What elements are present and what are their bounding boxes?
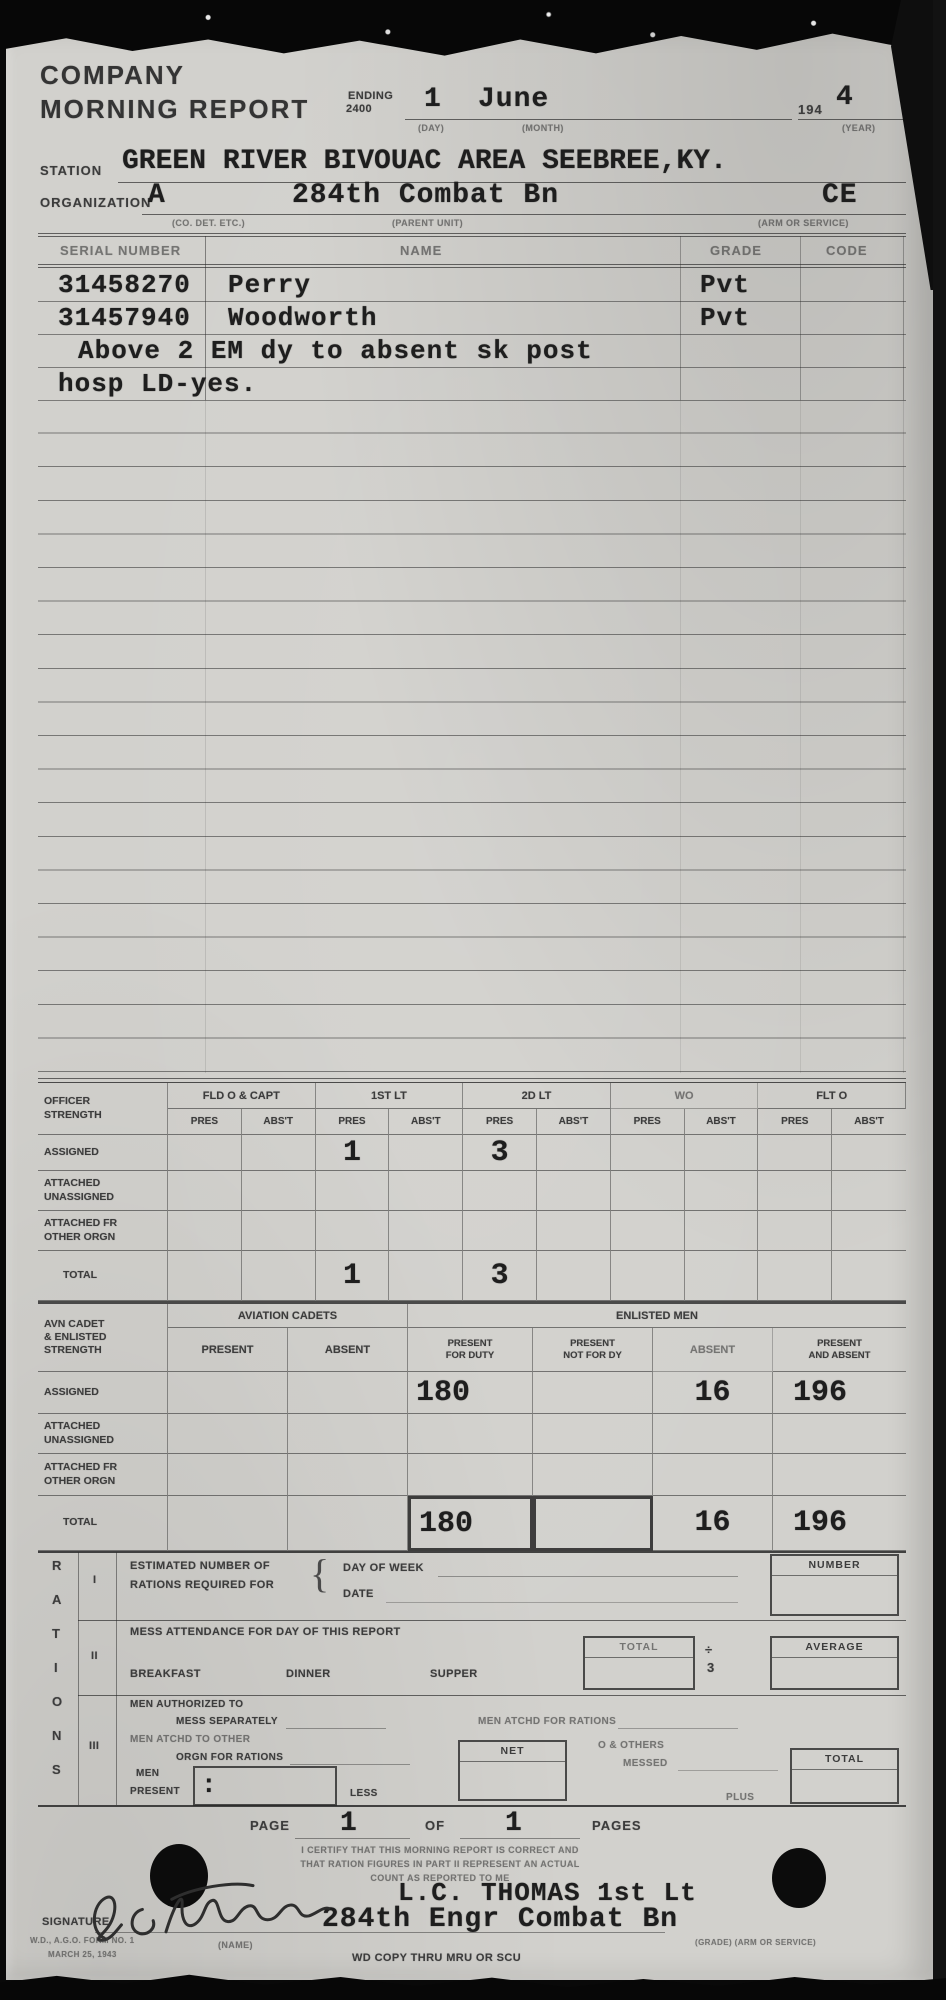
pages-value: 1 bbox=[505, 1808, 523, 1839]
officer-group-header: 1ST LT bbox=[316, 1083, 464, 1109]
officer-cell bbox=[242, 1251, 316, 1301]
total-box-label: TOTAL bbox=[585, 1641, 693, 1653]
officer-total-1lt-pres: 1 bbox=[316, 1251, 390, 1301]
officer-cell bbox=[685, 1171, 759, 1211]
org-company-sublabel: (CO. DET. ETC.) bbox=[172, 218, 245, 228]
average-box: AVERAGE bbox=[770, 1636, 899, 1690]
net-box-label: NET bbox=[460, 1745, 565, 1757]
enlisted-cell bbox=[168, 1372, 288, 1414]
officer-row-label: ASSIGNED bbox=[38, 1135, 168, 1171]
supper-label: SUPPER bbox=[430, 1668, 478, 1680]
scan-artifact-right-edge bbox=[933, 0, 946, 2000]
pres-header: PRES bbox=[611, 1109, 685, 1135]
rations-part1-label1: ESTIMATED NUMBER OF bbox=[130, 1560, 270, 1572]
blank-roster-rows bbox=[38, 400, 906, 1073]
rule bbox=[38, 1078, 906, 1079]
officer-cell bbox=[758, 1211, 832, 1251]
rations-letter: A bbox=[52, 1592, 62, 1607]
grade-arm-sublabel: (GRADE) (ARM OR SERVICE) bbox=[695, 1938, 816, 1947]
enlisted-cell bbox=[653, 1414, 773, 1454]
header-line: PRESENT bbox=[448, 1338, 493, 1349]
officer-cell bbox=[389, 1211, 463, 1251]
officer-cell bbox=[832, 1171, 906, 1211]
rations-letter: T bbox=[52, 1626, 61, 1641]
enlisted-assigned-present-and-absent: 196 bbox=[773, 1372, 906, 1414]
divide-sign: ÷ bbox=[705, 1642, 713, 1657]
enlisted-cell bbox=[288, 1454, 408, 1496]
officer-cell bbox=[832, 1135, 906, 1171]
name-sublabel: (NAME) bbox=[218, 1940, 253, 1950]
officer-cell bbox=[758, 1251, 832, 1301]
day-value: 1 bbox=[424, 84, 442, 115]
column-header: PRESENT NOT FOR DY bbox=[533, 1328, 653, 1372]
officer-group-header: FLD O & CAPT bbox=[168, 1083, 316, 1109]
certifying-officer-unit: 284th Engr Combat Bn bbox=[322, 1904, 678, 1935]
enlisted-row-label: ATTACHED UNASSIGNED bbox=[38, 1414, 168, 1454]
officer-cell bbox=[242, 1211, 316, 1251]
station-label: STATION bbox=[40, 163, 102, 178]
officer-cell bbox=[685, 1211, 759, 1251]
rule bbox=[38, 233, 906, 234]
men-label: MEN bbox=[136, 1768, 159, 1779]
mess-attendance-label: MESS ATTENDANCE FOR DAY OF THIS REPORT bbox=[130, 1626, 401, 1638]
pages-label: PAGES bbox=[592, 1818, 642, 1833]
header-line: FOR DUTY bbox=[446, 1350, 495, 1361]
form-title-line2: MORNING REPORT bbox=[40, 94, 309, 125]
officer-cell bbox=[537, 1251, 611, 1301]
enlisted-strength-table: AVN CADET & ENLISTED STRENGTH AVIATION C… bbox=[38, 1303, 906, 1553]
enlisted-cell bbox=[288, 1414, 408, 1454]
plus-label: PLUS bbox=[726, 1792, 754, 1803]
roster-name: Perry bbox=[228, 270, 311, 300]
pres-header: PRES bbox=[463, 1109, 537, 1135]
date-label: DATE bbox=[343, 1588, 374, 1600]
officer-cell bbox=[611, 1171, 685, 1211]
roster-header-name: NAME bbox=[400, 243, 442, 258]
fill-in-rule bbox=[286, 1728, 386, 1729]
enlisted-assigned-present-for-duty: 180 bbox=[408, 1372, 533, 1414]
column-divider bbox=[903, 400, 904, 1073]
officer-cell bbox=[168, 1211, 242, 1251]
column-header: PRESENT AND ABSENT bbox=[773, 1328, 906, 1372]
form-number-line2: MARCH 25, 1943 bbox=[48, 1950, 117, 1959]
header-line: PRESENT bbox=[817, 1338, 862, 1349]
total-box: TOTAL bbox=[583, 1636, 695, 1690]
abst-header: ABS'T bbox=[832, 1109, 906, 1135]
divisor: 3 bbox=[707, 1660, 715, 1675]
rule bbox=[772, 1575, 897, 1576]
enlisted-cell bbox=[773, 1414, 906, 1454]
enlisted-cell bbox=[773, 1454, 906, 1496]
month-value: June bbox=[478, 84, 549, 115]
label-line: ATTACHED FR bbox=[44, 1217, 117, 1230]
officer-cell bbox=[537, 1171, 611, 1211]
abst-header: ABS'T bbox=[242, 1109, 316, 1135]
row-rule bbox=[38, 334, 906, 335]
less-label: LESS bbox=[350, 1788, 378, 1799]
officer-cell bbox=[611, 1135, 685, 1171]
label-line: ATTACHED bbox=[44, 1177, 100, 1190]
org-arm-service: CE bbox=[822, 180, 858, 211]
rule bbox=[78, 1620, 906, 1621]
ending-label: ENDING bbox=[348, 90, 393, 102]
abst-header: ABS'T bbox=[537, 1109, 611, 1135]
officer-cell bbox=[758, 1171, 832, 1211]
ending-time: 2400 bbox=[346, 103, 372, 115]
rule bbox=[38, 267, 906, 268]
enlisted-cell bbox=[408, 1454, 533, 1496]
year-rule bbox=[798, 119, 906, 120]
enlisted-cell bbox=[168, 1454, 288, 1496]
enlisted-row-label: ATTACHED FR OTHER ORGN bbox=[38, 1454, 168, 1496]
officer-cell bbox=[389, 1251, 463, 1301]
day-sublabel: (DAY) bbox=[418, 123, 444, 133]
fill-in-rule bbox=[438, 1576, 738, 1577]
pres-header: PRES bbox=[316, 1109, 390, 1135]
officer-cell bbox=[316, 1171, 390, 1211]
officer-cell bbox=[316, 1211, 390, 1251]
date-rule bbox=[405, 119, 792, 120]
men-authorized-label: MEN AUTHORIZED TO bbox=[130, 1699, 243, 1710]
rations-part1-label2: RATIONS REQUIRED FOR bbox=[130, 1579, 274, 1591]
column-header: PRESENT bbox=[168, 1328, 288, 1372]
enlisted-total-present-for-duty: 180 bbox=[408, 1496, 533, 1551]
org-parent-unit: 284th Combat Bn bbox=[292, 180, 559, 211]
officer-row-label: TOTAL bbox=[38, 1251, 168, 1301]
abst-header: ABS'T bbox=[685, 1109, 759, 1135]
enlisted-row-label: ASSIGNED bbox=[38, 1372, 168, 1414]
officer-table-corner: OFFICER STRENGTH bbox=[38, 1083, 168, 1135]
fill-in-rule bbox=[290, 1764, 410, 1765]
officer-total-2lt-pres: 3 bbox=[463, 1251, 537, 1301]
certify-line2: THAT RATION FIGURES IN PART II REPRESENT… bbox=[240, 1859, 640, 1869]
rations-letter: R bbox=[52, 1558, 62, 1573]
number-box-label: NUMBER bbox=[772, 1559, 897, 1571]
part3-numeral: III bbox=[89, 1740, 99, 1752]
average-box-label: AVERAGE bbox=[772, 1641, 897, 1653]
label-line: UNASSIGNED bbox=[44, 1434, 114, 1447]
enlisted-cell bbox=[288, 1496, 408, 1551]
officer-cell bbox=[168, 1251, 242, 1301]
officer-cell bbox=[389, 1135, 463, 1171]
enlisted-assigned-absent: 16 bbox=[653, 1372, 773, 1414]
corner-line: & ENLISTED bbox=[44, 1331, 106, 1344]
year-value: 4 bbox=[836, 82, 854, 113]
messed-label: MESSED bbox=[623, 1758, 668, 1769]
header-line: NOT FOR DY bbox=[563, 1350, 622, 1361]
officer-cell bbox=[242, 1135, 316, 1171]
officer-cell bbox=[168, 1171, 242, 1211]
rule bbox=[585, 1657, 693, 1658]
present-label: PRESENT bbox=[130, 1786, 180, 1797]
punch-hole-right bbox=[772, 1848, 826, 1908]
scanned-morning-report: COMPANY MORNING REPORT ENDING 2400 1 Jun… bbox=[0, 0, 946, 2000]
org-company: A bbox=[148, 180, 166, 211]
form-title-line1: COMPANY bbox=[40, 60, 185, 91]
roster-remark-line1: Above 2 EM dy to absent sk post bbox=[78, 336, 593, 366]
officer-cell bbox=[685, 1251, 759, 1301]
orgn-for-rations-label: ORGN FOR RATIONS bbox=[176, 1752, 283, 1763]
officer-cell bbox=[685, 1135, 759, 1171]
officer-cell bbox=[463, 1211, 537, 1251]
o-and-others-label: O & OTHERS bbox=[598, 1740, 664, 1751]
fill-in-rule bbox=[678, 1770, 778, 1771]
roster-serial: 31457940 bbox=[58, 303, 191, 333]
officer-assigned-1lt-pres: 1 bbox=[316, 1135, 390, 1171]
label-line: ATTACHED FR bbox=[44, 1461, 117, 1474]
officer-cell bbox=[537, 1211, 611, 1251]
year-prefix: 194 bbox=[798, 102, 823, 117]
fill-in-rule bbox=[618, 1728, 738, 1729]
rations-letter: S bbox=[52, 1762, 62, 1777]
roster-name: Woodworth bbox=[228, 303, 377, 333]
roster-header-code: CODE bbox=[826, 243, 868, 258]
rule bbox=[792, 1769, 897, 1770]
fill-in-rule bbox=[386, 1602, 738, 1603]
column-divider bbox=[680, 400, 681, 1073]
rations-letter: O bbox=[52, 1694, 63, 1709]
officer-cell bbox=[463, 1171, 537, 1211]
column-header: ABSENT bbox=[653, 1328, 773, 1372]
number-box: NUMBER bbox=[770, 1554, 899, 1616]
officer-cell bbox=[242, 1171, 316, 1211]
officer-group-header: FLT O bbox=[758, 1083, 906, 1109]
men-atchd-for-rations-label: MEN ATCHD FOR RATIONS bbox=[478, 1716, 616, 1727]
label-line: UNASSIGNED bbox=[44, 1191, 114, 1204]
abst-header: ABS'T bbox=[389, 1109, 463, 1135]
rule bbox=[38, 264, 906, 265]
column-divider bbox=[800, 236, 801, 400]
part1-numeral: I bbox=[93, 1574, 96, 1586]
enlisted-cell bbox=[288, 1372, 408, 1414]
page-value: 1 bbox=[340, 1808, 358, 1839]
roster-grade: Pvt bbox=[700, 303, 750, 333]
part2-numeral: II bbox=[91, 1650, 98, 1662]
enlisted-row-label: TOTAL bbox=[38, 1496, 168, 1551]
label-line: OTHER ORGN bbox=[44, 1231, 115, 1244]
enlisted-cell bbox=[533, 1454, 653, 1496]
column-divider bbox=[903, 236, 904, 400]
corner-line: OFFICER bbox=[44, 1095, 90, 1108]
month-sublabel: (MONTH) bbox=[522, 123, 564, 133]
row-rule bbox=[38, 301, 906, 302]
officer-cell bbox=[832, 1251, 906, 1301]
enlisted-cell bbox=[168, 1496, 288, 1551]
column-divider bbox=[680, 236, 681, 400]
column-header: ABSENT bbox=[288, 1328, 408, 1372]
total-box-part3: TOTAL bbox=[790, 1748, 899, 1804]
brace-glyph: { bbox=[310, 1550, 329, 1597]
enlisted-total-present-and-absent: 196 bbox=[773, 1496, 906, 1551]
officer-cell bbox=[758, 1135, 832, 1171]
year-sublabel: (YEAR) bbox=[842, 123, 875, 133]
breakfast-label: BREAKFAST bbox=[130, 1668, 201, 1680]
enlisted-cell bbox=[168, 1414, 288, 1454]
enlisted-cell bbox=[533, 1372, 653, 1414]
officer-cell bbox=[537, 1135, 611, 1171]
officer-group-header: 2D LT bbox=[463, 1083, 611, 1109]
wd-copy-label: WD COPY THRU MRU OR SCU bbox=[352, 1952, 521, 1964]
pres-header: PRES bbox=[168, 1109, 242, 1135]
divider bbox=[78, 1552, 79, 1805]
officer-strength-table: OFFICER STRENGTH FLD O & CAPT 1ST LT 2D … bbox=[38, 1082, 906, 1303]
rule bbox=[78, 1695, 906, 1696]
roster-remark-line2: hosp LD-yes. bbox=[58, 369, 257, 399]
officer-row-label: ATTACHED FR OTHER ORGN bbox=[38, 1211, 168, 1251]
enlisted-table-corner: AVN CADET & ENLISTED STRENGTH bbox=[38, 1304, 168, 1372]
rations-letter: N bbox=[52, 1728, 62, 1743]
column-divider bbox=[205, 400, 206, 1073]
header-line: PRESENT bbox=[570, 1338, 615, 1349]
aviation-cadets-header: AVIATION CADETS bbox=[168, 1304, 408, 1328]
men-present-mark: : bbox=[201, 1770, 218, 1800]
dinner-label: DINNER bbox=[286, 1668, 331, 1680]
officer-row-label: ATTACHED UNASSIGNED bbox=[38, 1171, 168, 1211]
roster-grade: Pvt bbox=[700, 270, 750, 300]
mess-separately-label: MESS SEPARATELY bbox=[176, 1716, 278, 1727]
station-value: GREEN RIVER BIVOUAC AREA SEEBREE,KY. bbox=[122, 146, 727, 177]
pres-header: PRES bbox=[758, 1109, 832, 1135]
enlisted-total-absent: 16 bbox=[653, 1496, 773, 1551]
org-parent-sublabel: (PARENT UNIT) bbox=[392, 218, 463, 228]
day-of-week-label: DAY OF WEEK bbox=[343, 1562, 424, 1574]
men-present-box: : bbox=[193, 1766, 337, 1806]
page-label: PAGE bbox=[250, 1818, 290, 1833]
org-arm-sublabel: (ARM OR SERVICE) bbox=[758, 218, 849, 228]
officer-cell bbox=[832, 1211, 906, 1251]
officer-cell bbox=[389, 1171, 463, 1211]
roster-header-grade: GRADE bbox=[710, 243, 762, 258]
organization-rule bbox=[142, 214, 906, 215]
rations-section: R A T I O N S I II III ESTIMATED NUMBER … bbox=[38, 1552, 906, 1807]
officer-cell bbox=[168, 1135, 242, 1171]
column-divider bbox=[800, 400, 801, 1073]
officer-assigned-2lt-pres: 3 bbox=[463, 1135, 537, 1171]
enlisted-men-header: ENLISTED MEN bbox=[408, 1304, 906, 1328]
men-atchd-other-label: MEN ATCHD TO OTHER bbox=[130, 1734, 250, 1745]
officer-group-header: WO bbox=[611, 1083, 759, 1109]
roster-header-serial: SERIAL NUMBER bbox=[60, 243, 181, 258]
row-rule bbox=[38, 367, 906, 368]
enlisted-cell bbox=[533, 1496, 653, 1551]
form-number-line1: W.D., A.G.O. FORM NO. 1 bbox=[30, 1936, 134, 1945]
divider bbox=[116, 1552, 117, 1805]
officer-cell bbox=[611, 1251, 685, 1301]
total-box-label: TOTAL bbox=[792, 1753, 897, 1765]
officer-cell bbox=[611, 1211, 685, 1251]
certify-line1: I CERTIFY THAT THIS MORNING REPORT IS CO… bbox=[240, 1845, 640, 1855]
column-header: PRESENT FOR DUTY bbox=[408, 1328, 533, 1372]
roster-serial: 31458270 bbox=[58, 270, 191, 300]
enlisted-cell bbox=[408, 1414, 533, 1454]
enlisted-cell bbox=[533, 1414, 653, 1454]
header-line: AND ABSENT bbox=[809, 1350, 871, 1361]
rule bbox=[772, 1657, 897, 1658]
corner-line: AVN CADET bbox=[44, 1318, 104, 1331]
of-label: OF bbox=[425, 1818, 445, 1833]
corner-line: STRENGTH bbox=[44, 1109, 102, 1122]
organization-label: ORGANIZATION bbox=[40, 195, 151, 210]
label-line: ATTACHED bbox=[44, 1420, 100, 1433]
rule bbox=[38, 236, 906, 237]
rule bbox=[460, 1761, 565, 1762]
enlisted-cell bbox=[653, 1454, 773, 1496]
corner-line: STRENGTH bbox=[44, 1344, 102, 1357]
label-line: OTHER ORGN bbox=[44, 1475, 115, 1488]
net-box: NET bbox=[458, 1740, 567, 1801]
rations-letter: I bbox=[54, 1660, 59, 1675]
